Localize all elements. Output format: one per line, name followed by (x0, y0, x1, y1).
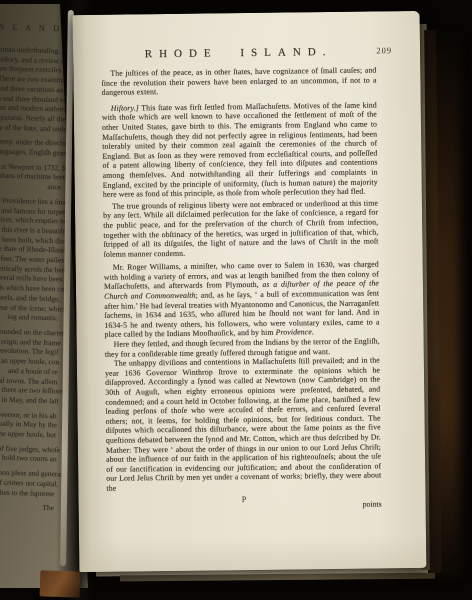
paragraph-text: . (312, 328, 314, 337)
paragraph-roger-williams: Mr. Roger Williams, a miniſter, who came… (104, 260, 380, 340)
cover-corner (40, 570, 81, 597)
facing-page-fragment-line: The (0, 502, 54, 514)
catchword: points (362, 499, 381, 508)
paragraph-text: This ſtate was firſt ſettled from Maſſac… (102, 100, 378, 199)
running-title: RHODE ISLAND. (145, 46, 333, 60)
paragraph-text: The unhappy diviſions and contentions in… (105, 356, 381, 493)
history-sidehead: Hiſtory.] (111, 103, 139, 112)
paragraph-text: Here they ſettled, and though ſecured fr… (105, 336, 380, 358)
paragraph-text: The juſtices of the peace, as in other ſ… (101, 65, 376, 97)
italic-providence: Providence (276, 328, 312, 337)
paragraph-synod: The unhappy diviſions and contentions in… (105, 356, 382, 494)
paragraph-text: The true grounds of religious liberty we… (103, 198, 378, 258)
page-content: RHODE ISLAND. 209 The juſtices of the pe… (73, 11, 426, 516)
page-number: 209 (376, 45, 392, 55)
book-page: RHODE ISLAND. 209 The juſtices of the pe… (73, 11, 427, 572)
paragraph-justices: The juſtices of the peace, as in other ſ… (101, 65, 376, 97)
page-header: RHODE ISLAND. 209 (101, 41, 376, 58)
book-photo-scene: S L A N D. uman underſtanding, Euclidhiſ… (0, 0, 472, 600)
paragraph-history: Hiſtory.] This ſtate was firſt ſettled f… (102, 100, 378, 199)
signature-mark: P (106, 492, 381, 505)
paragraph-true-grounds: The true grounds of religious liberty we… (103, 198, 379, 259)
page-footer: P points (106, 492, 381, 515)
